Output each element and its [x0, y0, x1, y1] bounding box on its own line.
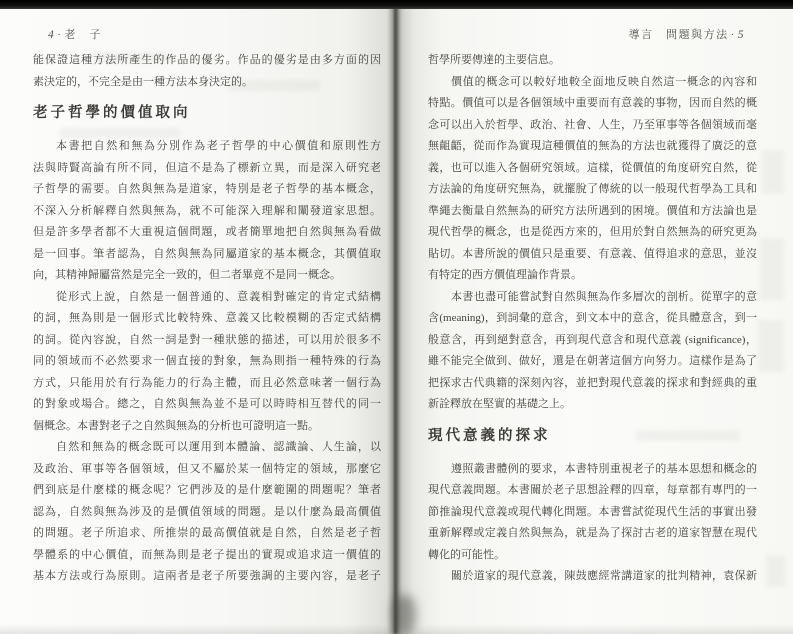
paragraph: 本書把自然和無為分別作為老子哲學的中心價值和原則性方法與時賢高論有所不同，但這不…	[33, 136, 381, 287]
text-line: 義，也可以進入各個研究領域。這樣，從價值的角度研究自然，從	[428, 158, 757, 180]
showthrough-mark	[758, 320, 784, 372]
text-line: 雖不能完全做到、做好，還是在朝著這個方向努力。這樣作是為了	[428, 351, 757, 373]
text-line: 現代哲學的概念，也是從西方來的，但用於對自然無為的研究更為	[428, 222, 757, 244]
scan-top-edge	[0, 0, 793, 9]
paragraph: 能保證這種方法所產生的作品的優劣。作品的優劣是由多方面的因素決定的，不完全是由一…	[33, 50, 381, 93]
text-line: 現代意義問題。本書關於老子思想詮釋的四章，每章都有專門的一	[428, 480, 757, 502]
paragraph: 從形式上說，自然是一個普通的、意義相對確定的肯定式結構的詞，無為則是一個形式比較…	[33, 287, 381, 438]
text-line: 學體系的中心價值，而無為則是老子提出的實現或追求這一價值的	[33, 545, 381, 567]
section-heading: 老子哲學的價值取向	[33, 102, 381, 124]
text-line: 素決定的，不完全是由一種方法本身決定的。	[33, 72, 381, 94]
text-line: 的詞。從內容說，自然一詞是對一種狀態的描述，可以用於很多不	[33, 330, 381, 352]
text-line: 認為，自然與無為涉及的是價值領域的問題。是以什麼為最高價值	[33, 502, 381, 524]
text-line: 無齟齬，從而作為實現這種價值的無為的方法也就獲得了廣泛的意	[428, 136, 757, 158]
text-line: 們到底是什麼樣的概念呢？它們涉及的是什麼範圍的問題呢？筆者	[33, 480, 381, 502]
text-line: 個概念。本書對老子之自然與無為的分析也可證明這一點。	[33, 416, 381, 438]
text-line: 的問題。老子所追求、所推崇的最高價值就是自然，自然是老子哲	[33, 523, 381, 545]
paragraph: 哲學所要傳達的主要信息。	[428, 50, 757, 72]
chapter-title: 導言 問題與方法	[629, 29, 729, 41]
showthrough-mark	[760, 238, 784, 300]
text-line: 不深入分析解釋自然與無為，就不可能深入理解和闡發道家思想。	[33, 201, 381, 223]
text-line: 念可以出入於哲學、政治、社會、人生，乃至軍事等各個領域而毫	[428, 115, 757, 137]
text-line: 但是許多學者都不大重視這個問題，或者簡單地把自然與無為看做	[33, 222, 381, 244]
text-line: 價值的概念可以較好地較全面地反映自然這一概念的內容和	[428, 72, 757, 94]
text-line: 同的領域而不必然要求一個直接的對象，無為則指一種特殊的行為	[33, 351, 381, 373]
section-heading: 現代意義的探求	[428, 425, 757, 447]
text-line: 的對象或場合。總之，自然與無為並不是可以時時相互替代的同一	[33, 394, 381, 416]
text-line: 基本方法或行為原則。這兩者是老子所要強調的主要內容，是老子	[33, 566, 381, 588]
page-gutter-shadow	[388, 5, 402, 634]
text-line: 新詮釋放在堅實的基礎之上。	[428, 394, 757, 416]
text-line: 特點。價值可以是各個領域中重要而有意義的事物，因而自然的概	[428, 93, 757, 115]
text-line: 本書把自然和無為分別作為老子哲學的中心價值和原則性方	[33, 136, 381, 158]
text-line: 方法論的角度研究無為，就擺脫了傳統的以一般現代哲學為工具和	[428, 179, 757, 201]
text-line: 貼切。本書所說的價值只是重要、有意義、值得追求的意思，並沒	[428, 244, 757, 266]
scan-bottom-vignette	[0, 624, 793, 634]
text-line: 能保證這種方法所產生的作品的優劣。作品的優劣是由多方面的因	[33, 50, 381, 72]
text-line: 向，其精神歸屬當然是完全一致的，但二者畢竟不是同一概念。	[33, 265, 381, 287]
text-line: 節推論現代意義或現代轉化問題。本書嘗試從現代生活的事實出發	[428, 502, 757, 524]
book-title: 老 子	[64, 29, 102, 41]
text-line: 本書也盡可能嘗試對自然與無為作多層次的剖析。從單字的意	[428, 287, 757, 309]
right-page-body: 哲學所要傳達的主要信息。價值的概念可以較好地較全面地反映自然這一概念的內容和特點…	[428, 50, 757, 588]
text-line: 子哲學的需要。自然與無為是道家，特別是老子哲學的基本概念，	[33, 179, 381, 201]
paragraph: 自然和無為的概念既可以運用到本體論、認識論、人生論，以及政治、軍事等各個領域，但…	[33, 437, 381, 588]
text-line: 法與時賢高論有所不同，但這不是為了標新立異，而是深入研究老	[33, 158, 381, 180]
text-line: 遵照叢書體例的要求，本書特別重視老子的基本思想和概念的	[428, 459, 757, 481]
text-line: 關於道家的現代意義，陳鼓應經常講道家的批判精神，袁保新	[428, 566, 757, 588]
text-line: 從形式上說，自然是一個普通的、意義相對確定的肯定式結構	[33, 287, 381, 309]
paragraph: 遵照叢書體例的要求，本書特別重視老子的基本思想和概念的現代意義問題。本書關於老子…	[428, 459, 757, 567]
text-line: 哲學所要傳達的主要信息。	[428, 50, 757, 72]
showthrough-mark	[766, 555, 786, 587]
book-scan: { "scan": { "colors": { "ink": "#44423d"…	[0, 0, 793, 634]
text-line: 轉化的可能性。	[428, 545, 757, 567]
paragraph: 價值的概念可以較好地較全面地反映自然這一概念的內容和特點。價值可以是各個領域中重…	[428, 72, 757, 287]
text-line: 有特定的西方價值理論作背景。	[428, 265, 757, 287]
text-line: 含(meaning)，到詞彙的意含，到文本中的意含，從具體意含，到一	[428, 308, 757, 330]
right-running-header: 導言 問題與方法·5	[629, 26, 745, 42]
text-line: 方式，只能用於有行為能力的行為主體，而且必然意味著一個行為	[33, 373, 381, 395]
paragraph: 關於道家的現代意義，陳鼓應經常講道家的批判精神，袁保新	[428, 566, 757, 588]
text-line: 自然和無為的概念既可以運用到本體論、認識論、人生論，以	[33, 437, 381, 459]
showthrough-mark	[762, 150, 784, 194]
left-page-body: 能保證這種方法所產生的作品的優劣。作品的優劣是由多方面的因素決定的，不完全是由一…	[33, 50, 381, 588]
text-line: 是一回事。筆者認為，自然與無為同屬道家的基本概念，其價值取	[33, 244, 381, 266]
text-line: 重新解釋或定義自然與無為，就是為了探討古老的道家智慧在現代	[428, 523, 757, 545]
text-line: 般意含，再到絕對意含，再到現代意含和現代意義 (significance)，	[428, 330, 757, 352]
left-running-header: 4·老 子	[48, 26, 102, 42]
text-line: 準繩去衡量自然無為的研究方法所遇到的困境。價值和方法論也是	[428, 201, 757, 223]
paragraph: 本書也盡可能嘗試對自然與無為作多層次的剖析。從單字的意含(meaning)，到詞…	[428, 287, 757, 416]
right-page-number: 5	[738, 29, 745, 41]
header-separator: ·	[729, 29, 738, 41]
text-line: 把探求古代典籍的深刻內容，並把對現代意義的探求和對經典的重	[428, 373, 757, 395]
text-line: 及政治、軍事等各個領域，但又不屬於某一個特定的領域，那麼它	[33, 459, 381, 481]
text-line: 的詞，無為則是一個形式比較特殊、意義又比較模糊的否定式結構	[33, 308, 381, 330]
